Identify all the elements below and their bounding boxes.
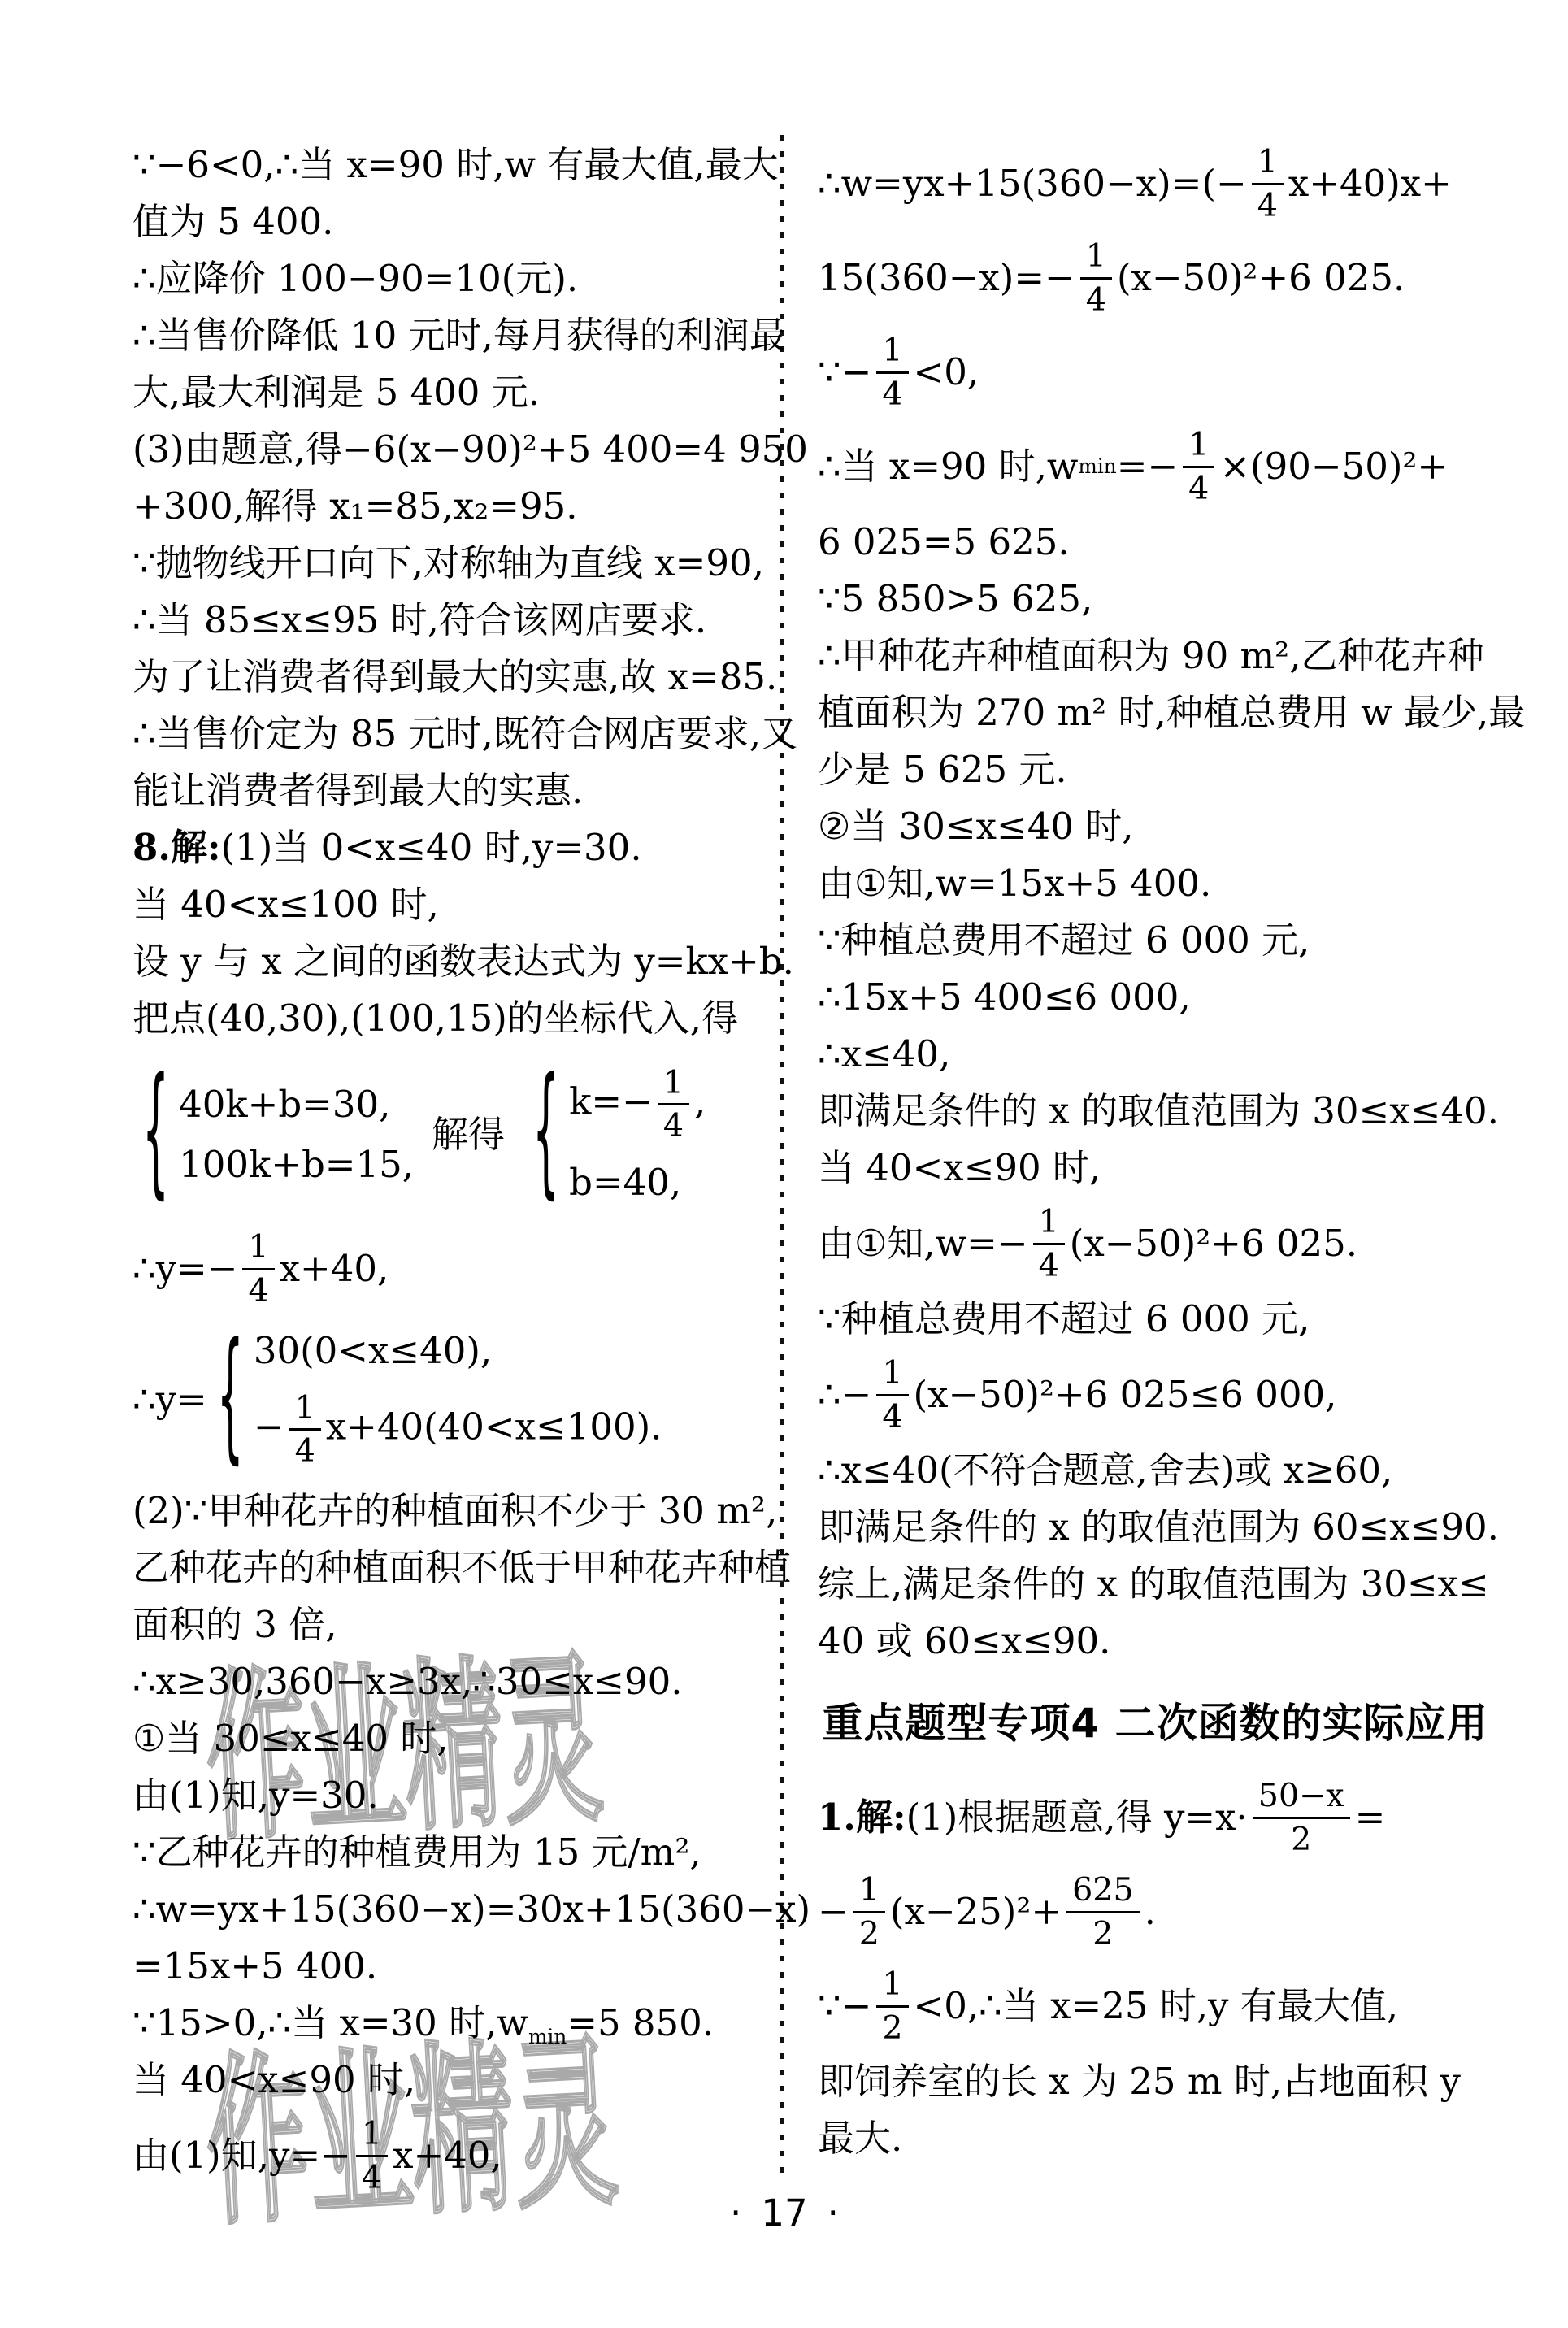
text-line: 由(1)知,y=−14x+40,: [132, 2109, 787, 2203]
text-line: 即满足条件的 x 的取值范围为 60≤x≤90.: [818, 1499, 1492, 1556]
text-line: 由(1)知,y=30.: [132, 1767, 787, 1824]
text-line: 面积的 3 倍,: [132, 1596, 787, 1653]
fraction: 14: [1080, 238, 1112, 318]
left-column: ∵−6<0,∴当 x=90 时,w 有最大值,最大值为 5 400.∴应降价 1…: [132, 137, 787, 2203]
fraction: 14: [242, 1229, 274, 1309]
text-line: 值为 5 400.: [132, 193, 787, 250]
text-line: −12(x−25)²+6252.: [818, 1865, 1492, 1959]
fraction: 6252: [1066, 1872, 1140, 1952]
fraction: 14: [289, 1390, 321, 1470]
text-line: 为了让消费者得到最大的实惠,故 x=85.: [132, 649, 787, 706]
text-line: 最大.: [818, 2110, 1492, 2167]
text-line: ∴w=yx+15(360−x)=30x+15(360−x): [132, 1881, 787, 1938]
text-line: ∴当 85≤x≤95 时,符合该网店要求.: [132, 592, 787, 649]
page-number-dot: ·: [730, 2191, 741, 2235]
text-line: ∵乙种花卉的种植费用为 15 元/m²,: [132, 1824, 787, 1881]
fraction: 14: [1183, 427, 1214, 506]
text-line: ∵−6<0,∴当 x=90 时,w 有最大值,最大: [132, 137, 787, 193]
text-line: ∴当 x=90 时,wmin=−14×(90−50)²+: [818, 419, 1492, 514]
fraction: 12: [876, 1966, 908, 2046]
text-line: 即饲养室的长 x 为 25 m 时,占地面积 y: [818, 2053, 1492, 2110]
text-line: 能让消费者得到最大的实惠.: [132, 762, 787, 819]
text-line: ∵种植总费用不超过 6 000 元,: [818, 1291, 1492, 1348]
text-line: ∴x≤40,: [818, 1026, 1492, 1083]
right-column: ∴w=yx+15(360−x)=(−14x+40)x+15(360−x)=−14…: [818, 137, 1492, 2167]
text-line: 15(360−x)=−14(x−50)²+6 025.: [818, 231, 1492, 325]
text-line: 当 40<x≤90 时,: [132, 2052, 787, 2109]
text-line: 乙种花卉的种植面积不低于甲种花卉种植: [132, 1540, 787, 1596]
text-line: ∴15x+5 400≤6 000,: [818, 969, 1492, 1026]
text-line: ∵−12<0,∴当 x=25 时,y 有最大值,: [818, 1959, 1492, 2053]
text-line: ∵种植总费用不超过 6 000 元,: [818, 912, 1492, 969]
text-line: 设 y 与 x 之间的函数表达式为 y=kx+b.: [132, 933, 787, 990]
fraction: 12: [853, 1872, 885, 1952]
text-line: 40 或 60≤x≤90.: [818, 1613, 1492, 1670]
fraction: 14: [1033, 1204, 1065, 1283]
text-line: 由①知,w=−14(x−50)²+6 025.: [818, 1197, 1492, 1291]
text-line: ∴x≤40(不符合题意,舍去)或 x≥60,: [818, 1442, 1492, 1499]
text-line: 1.解:(1)根据题意,得 y=x·50−x2=: [818, 1770, 1492, 1865]
text-line: ∵−14<0,: [818, 325, 1492, 419]
text-line: +300,解得 x₁=85,x₂=95.: [132, 478, 787, 535]
text-line: (2)∵甲种花卉的种植面积不少于 30 m²,: [132, 1483, 787, 1540]
text-line: ∴应降价 100−90=10(元).: [132, 250, 787, 307]
page-number-dot: ·: [827, 2191, 839, 2235]
text-line: ②当 30≤x≤40 时,: [818, 798, 1492, 855]
text-line: ∴−14(x−50)²+6 025≤6 000,: [818, 1348, 1492, 1442]
text-line: 即满足条件的 x 的取值范围为 30≤x≤40.: [818, 1083, 1492, 1140]
workbook-page: 作业精灵 作业精灵 ∵−6<0,∴当 x=90 时,w 有最大值,最大值为 5 …: [0, 0, 1568, 2328]
text-line: 当 40<x≤100 时,: [132, 876, 787, 933]
page-number: ·17·: [662, 2191, 906, 2235]
brace-glyph: {: [217, 1318, 244, 1480]
text-line: 把点(40,30),(100,15)的坐标代入,得: [132, 990, 787, 1047]
fraction: 14: [876, 1355, 908, 1435]
text-line: 8.解:(1)当 0<x≤40 时,y=30.: [132, 819, 787, 876]
page-number-value: 17: [761, 2191, 807, 2235]
text-line: ∵抛物线开口向下,对称轴为直线 x=90,: [132, 535, 787, 592]
text-line: ∴x≥30,360−x≥3x,∴30≤x≤90.: [132, 1653, 787, 1710]
text-line: ①当 30≤x≤40 时,: [132, 1710, 787, 1767]
brace-glyph: {: [142, 1053, 169, 1215]
fraction: 50−x2: [1253, 1778, 1350, 1857]
fraction: 14: [356, 2116, 388, 2196]
text-line: 6 025=5 625.: [818, 514, 1492, 571]
text-line: ∵5 850>5 625,: [818, 571, 1492, 628]
text-line: ∴y=−14x+40,: [132, 1222, 787, 1316]
text-line: =15x+5 400.: [132, 1938, 787, 1995]
text-line: ∵15>0,∴当 x=30 时,wmin=5 850.: [132, 1995, 787, 2052]
fraction: 14: [876, 332, 908, 412]
text-line: ∴当售价定为 85 元时,既符合网店要求,又: [132, 706, 787, 762]
section-header: 重点题型专项4 二次函数的实际应用: [818, 1670, 1492, 1770]
text-line: 综上,满足条件的 x 的取值范围为 30≤x≤: [818, 1556, 1492, 1613]
text-line: 由①知,w=15x+5 400.: [818, 855, 1492, 912]
text-line: 少是 5 625 元.: [818, 741, 1492, 798]
text-line: 大,最大利润是 5 400 元.: [132, 364, 787, 421]
text-line: ∴w=yx+15(360−x)=(−14x+40)x+: [818, 137, 1492, 231]
piecewise-function: ∴y={30(0<x≤40),−14x+40(40<x≤100).: [132, 1316, 787, 1483]
brace-glyph: {: [532, 1053, 559, 1215]
text-line: (3)由题意,得−6(x−90)²+5 400=4 950: [132, 421, 787, 478]
text-line: 植面积为 270 m² 时,种植总费用 w 最少,最: [818, 684, 1492, 741]
text-line: ∴当售价降低 10 元时,每月获得的利润最: [132, 307, 787, 364]
fraction: 14: [1252, 144, 1284, 224]
text-line: 当 40<x≤90 时,: [818, 1140, 1492, 1197]
fraction: 14: [658, 1065, 689, 1144]
equation-system: {40k+b=30,100k+b=15,解得{k=−14,b=40,: [132, 1047, 787, 1222]
solve-label: 解得: [432, 1114, 505, 1156]
text-line: ∴甲种花卉种植面积为 90 m²,乙种花卉种: [818, 628, 1492, 684]
